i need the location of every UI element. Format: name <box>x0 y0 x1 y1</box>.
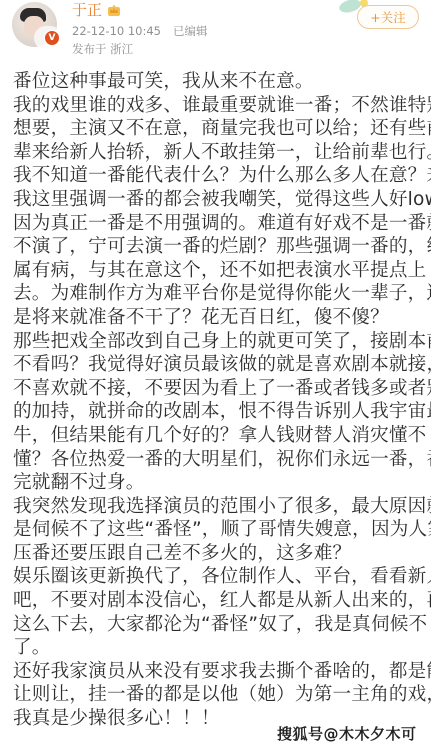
post-line: 因为真正一番是不用强调的。难道有好戏不是一番就 <box>13 212 421 236</box>
post-line: 想要，主演又不在意，商量完我也可以给；还有些前 <box>13 117 421 141</box>
post-header: V 于正 22-12-10 10:45已编辑 发布于 浙江 +关注 <box>0 0 431 62</box>
post-line: 牛，但结果能有几个好的？拿人钱财替人消灾懂不 <box>13 424 421 448</box>
post-line: 不喜欢就不接，不要因为看上了一番或者钱多或者别 <box>13 377 421 401</box>
follow-button[interactable]: +关注 <box>357 5 419 29</box>
username[interactable]: 于正 <box>72 0 102 20</box>
post-line: 不看吗？我觉得好演员最该做的就是喜欢剧本就接， <box>13 353 421 377</box>
post-timestamp: 22-12-10 10:45 <box>72 24 161 38</box>
post-line: 我这里强调一番的都会被我嘲笑，觉得这些人好low, <box>13 188 421 212</box>
post-meta: 22-12-10 10:45已编辑 <box>72 24 208 38</box>
post-line: 让则让，挂一番的都是以他（她）为第一主角的戏， <box>13 683 421 707</box>
post-line: 这么下去，大家都沦为“番怪”奴了，我是真伺候不 <box>13 613 421 637</box>
post-line: 懂？各位热爱一番的大明星们，祝你们永远一番，番 <box>13 448 421 472</box>
post-line: 我突然发现我选择演员的范围小了很多，最大原因就 <box>13 495 421 519</box>
post-line: 是将来就准备不干了？花无百日红，傻不傻？ <box>13 306 421 330</box>
crown-icon <box>107 4 121 16</box>
post-line: 完就翻不过身。 <box>13 471 421 495</box>
post-line: 娱乐圈该更新换代了，各位制作人、平台，看看新人 <box>13 565 421 589</box>
post-line: 我的戏里谁的戏多、谁最重要就谁一番；不然谁特别 <box>13 94 421 118</box>
post-line: 那些把戏全部改到自己身上的就更可笑了，接剧本前 <box>13 330 421 354</box>
post-line: 还好我家演员从来没有要求我去撕个番啥的，都是能 <box>13 660 421 684</box>
post-line: 的加持，就拼命的改剧本，恨不得告诉别人我宇宙最 <box>13 400 421 424</box>
post-line: 我不知道一番能代表什么？为什么那么多人在意？来 <box>13 164 421 188</box>
post-location: 发布于 浙江 <box>72 42 133 56</box>
post-line: 属有病，与其在意这个，还不如把表演水平提点上 <box>13 259 421 283</box>
post-line: 了。 <box>13 636 421 660</box>
post-line: 压番还要压跟自己差不多火的，这多难？ <box>13 542 421 566</box>
post-line: 去。为难制作方为难平台你是觉得你能火一辈子，还 <box>13 282 421 306</box>
post-body: 番位这种事最可笑，我从来不在意。 我的戏里谁的戏多、谁最重要就谁一番；不然谁特别… <box>13 70 421 731</box>
post-line: 番位这种事最可笑，我从来不在意。 <box>13 70 421 94</box>
post-line: 不演了，宁可去演一番的烂剧？那些强调一番的，纯 <box>13 235 421 259</box>
post-line: 是伺候不了这些“番怪”，顺了哥情失嫂意，因为人家 <box>13 518 421 542</box>
post-line: 辈来给新人抬轿，新人不敢挂第一，让给前辈也行。 <box>13 141 421 165</box>
post-line: 吧，不要对剧本没信心，红人都是从新人出来的，再 <box>13 589 421 613</box>
verified-badge-icon: V <box>44 30 60 46</box>
source-watermark: 搜狐号@木木夕木可 <box>277 723 417 744</box>
edited-label[interactable]: 已编辑 <box>173 24 208 38</box>
